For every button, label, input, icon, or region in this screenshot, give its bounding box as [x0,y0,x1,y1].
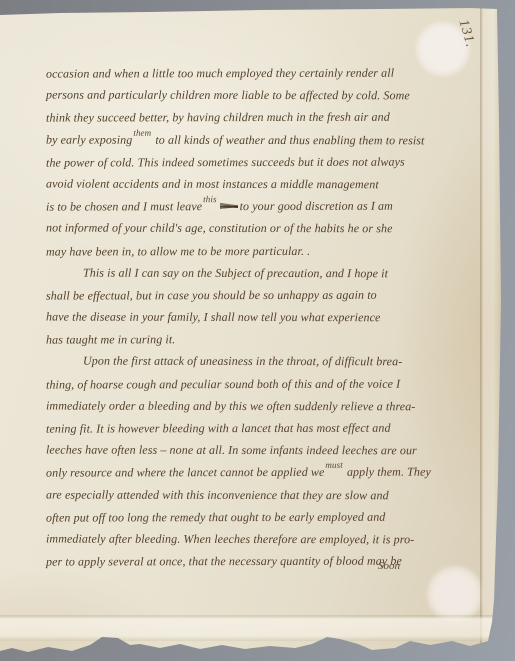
manuscript-line: by early exposingthem to all kinds of we… [46,128,490,151]
inserted-word: must [325,461,342,470]
deleted-word-scribble [220,202,238,211]
line-text: are especially attended with this inconv… [46,487,389,502]
manuscript-line: think they succeed better, by having chi… [46,106,490,129]
line-text: immediately after bleeding. When leeches… [46,531,414,546]
manuscript-line: has taught me in curing it. [46,328,490,351]
line-text: persons and particularly children more l… [46,88,410,103]
folio-number: 131. [455,18,478,50]
line-text: to all kinds of weather and thus enablin… [152,132,424,147]
line-text: leeches have often less – none at all. I… [46,443,417,458]
manuscript-line: avoid violent accidents and in most inst… [46,172,490,195]
manuscript-line: tening fit. It is however bleeding with … [46,416,490,439]
bottom-fold-edge [0,615,496,641]
line-text: Upon the first attack of uneasiness in t… [83,354,402,369]
line-text: This is all I can say on the Subject of … [83,265,388,280]
manuscript-line: leeches have often less – none at all. I… [46,439,490,462]
line-text: to your good discretion as I am [240,199,393,213]
manuscript-line: This is all I can say on the Subject of … [46,261,490,284]
line-text: is to be chosen and I must leave [46,199,202,213]
line-text: the power of cold. This indeed sometimes… [46,154,405,169]
manuscript-line: only resource and where the lancet canno… [46,461,490,484]
line-text: tening fit. It is however bleeding with … [46,421,391,436]
line-text: only resource and where the lancet canno… [46,465,324,480]
line-text: think they succeed better, by having chi… [46,110,390,125]
seal-mark-bottom [427,566,483,622]
manuscript-lines: occasion and when a little too much empl… [46,62,490,572]
manuscript-line: occasion and when a little too much empl… [46,61,490,84]
line-text: occasion and when a little too much empl… [46,66,394,81]
manuscript-line: thing, of hoarse cough and peculiar soun… [46,372,490,395]
line-text: often put off too long the remedy that o… [46,509,385,524]
manuscript-page: 131. occasion and when a little too much… [0,0,502,656]
inserted-word: this [203,195,216,204]
manuscript-line: not informed of your child's age, consti… [46,217,490,240]
line-text: apply them. They [344,465,431,479]
manuscript-line: shall be effectual, but in case you shou… [46,283,490,306]
manuscript-line: persons and particularly children more l… [46,84,490,107]
line-text: have the disease in your family, I shall… [46,310,381,325]
photo-backdrop: 131. occasion and when a little too much… [0,0,515,661]
line-text: by early exposing [46,132,132,146]
manuscript-line: per to apply several at once, that the n… [46,550,490,573]
line-text: may have been in, to allow me to be more… [46,243,310,258]
manuscript-line: the power of cold. This indeed sometimes… [46,150,490,173]
line-text: has taught me in curing it. [46,332,175,346]
manuscript-line: may have been in, to allow me to be more… [46,239,490,262]
inserted-word: them [133,128,151,137]
line-text: not informed of your child's age, consti… [46,221,393,236]
line-text: per to apply several at once, that the n… [46,554,402,569]
line-text: avoid violent accidents and in most inst… [46,176,379,191]
manuscript-line: are especially attended with this inconv… [46,483,490,506]
manuscript-line: have the disease in your family, I shall… [46,306,490,329]
manuscript-line: immediately order a bleeding and by this… [46,394,490,417]
line-text: thing, of hoarse cough and peculiar soun… [46,376,400,391]
line-text: shall be effectual, but in case you shou… [46,288,377,303]
manuscript-line: often put off too long the remedy that o… [46,505,490,528]
line-text: immediately order a bleeding and by this… [46,398,415,413]
manuscript-line: Upon the first attack of uneasiness in t… [46,350,490,373]
catchword: Soon [378,560,400,572]
manuscript-line: is to be chosen and I must leavethisto y… [46,195,490,218]
manuscript-line: immediately after bleeding. When leeches… [46,527,490,550]
